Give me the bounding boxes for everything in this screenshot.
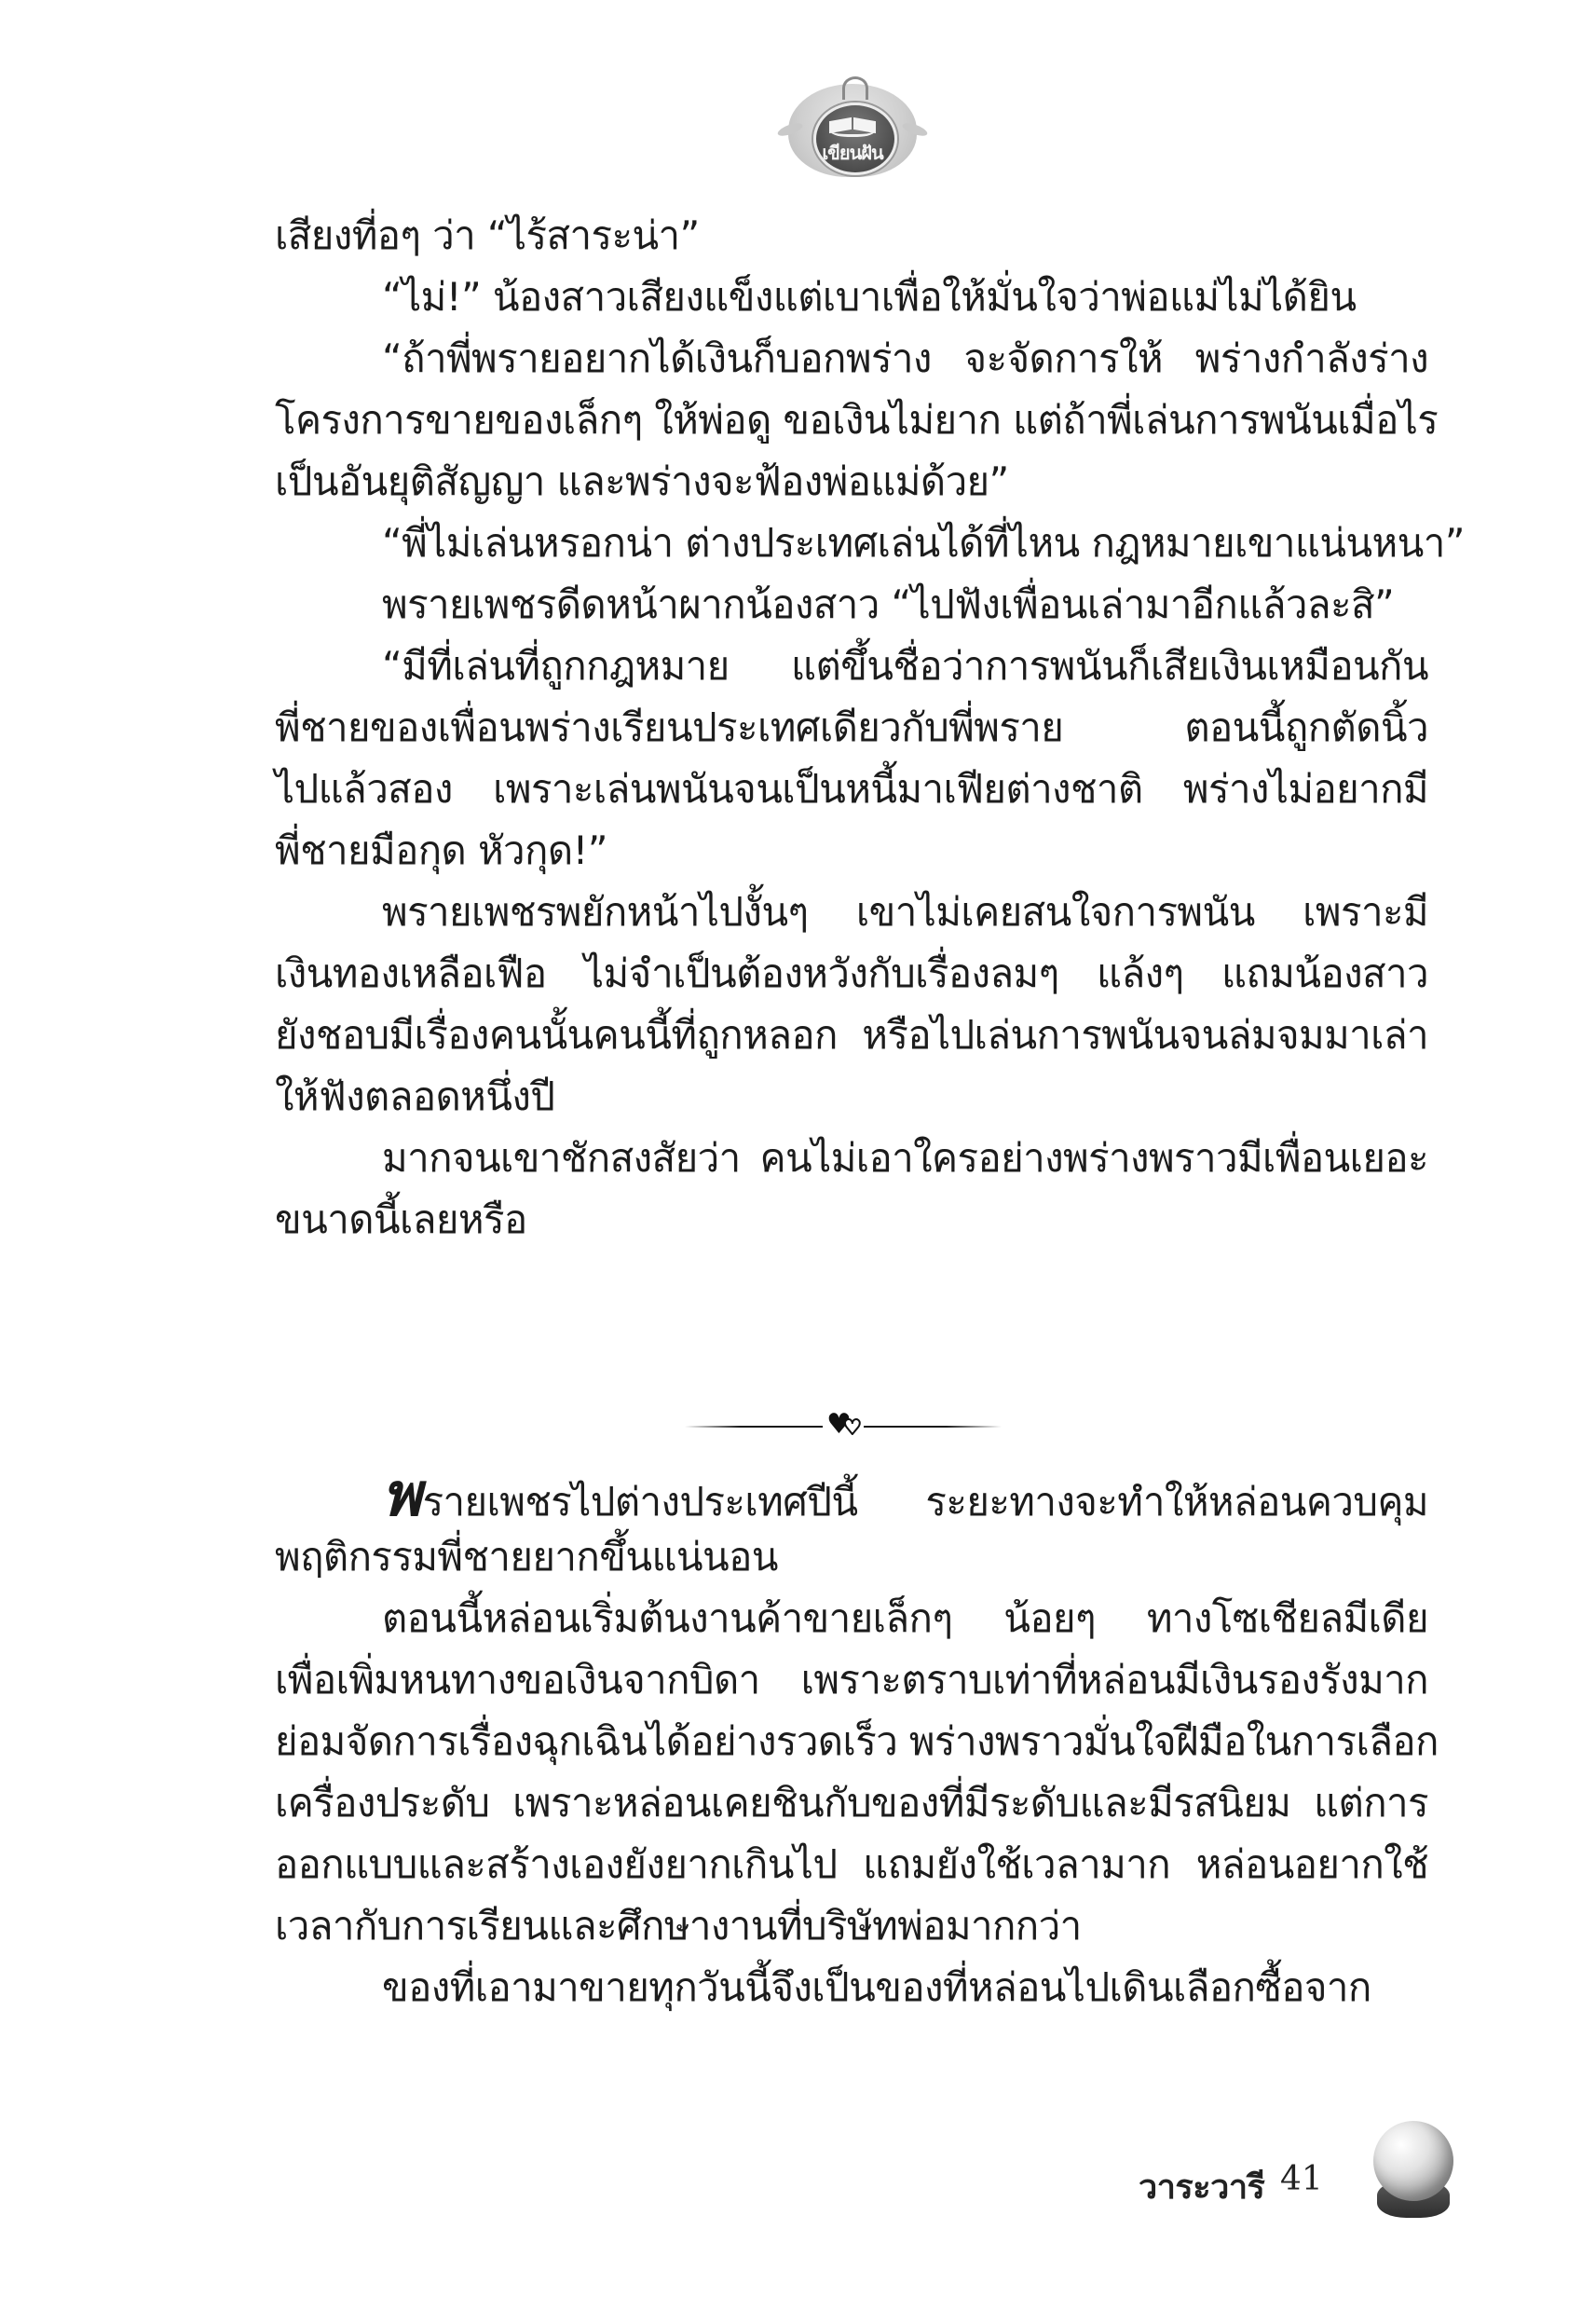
text-line: ขนาดนี้เลยหรือ [275, 1189, 1428, 1251]
text-line: มากจนเขาชักสงสัยว่า คนไม่เอาใครอย่างพร่า… [382, 1128, 1428, 1189]
crown-ornament-icon [842, 76, 868, 100]
section-divider: ♥ ♥ [685, 1416, 1002, 1437]
divider-rule-right [864, 1426, 1002, 1428]
open-book-icon [829, 119, 876, 137]
text-segment: รายเพชรไปต่างประเทศปีนี้ ระยะทางจะทำให้ห… [423, 1479, 1428, 1525]
text-line: พี่ชายมือกุด หัวกุด!” [275, 820, 1428, 882]
text-line: “พี่ไม่เล่นหรอกน่า ต่างประเทศเล่นได้ที่ไ… [382, 513, 1428, 574]
heart-outline-icon: ♥ [843, 1418, 862, 1439]
text-line: พรายเพชรดีดหน้าผากน้องสาว “ไปฟังเพื่อนเล… [382, 574, 1428, 636]
running-footer-title: วาระวารี [1139, 2160, 1264, 2213]
text-line: เสียงที่อๆ ว่า “ไร้สาระน่า” [275, 205, 1428, 267]
text-line: ของที่เอามาขายทุกวันนี้จึงเป็นของที่หล่อ… [382, 1957, 1428, 2018]
text-line: ตอนนี้หล่อนเริ่มต้นงานค้าขายเล็กๆ น้อยๆ … [382, 1588, 1428, 1649]
text-line: พฤติกรรมพี่ชายยากขึ้นแน่นอน [275, 1526, 1428, 1588]
text-line: เพื่อเพิ่มหนทางขอเงินจากบิดา เพราะตราบเท… [275, 1649, 1428, 1711]
text-line: ย่อมจัดการเรื่องฉุกเฉินได้อย่างรวดเร็ว พ… [275, 1711, 1428, 1772]
page-number: 41 [1280, 2160, 1323, 2198]
text-line: ยังชอบมีเรื่องคนนั้นคนนี้ที่ถูกหลอก หรือ… [275, 1005, 1428, 1066]
text-line: ให้ฟังตลอดหนึ่งปี [275, 1066, 1428, 1128]
text-line: พี่ชายของเพื่อนพร่างเรียนประเทศเดียวกับพ… [275, 697, 1428, 759]
drop-cap: พ [382, 1461, 421, 1530]
divider-rule-left [685, 1426, 823, 1428]
text-line-dropcap: พรายเพชรไปต่างประเทศปีนี้ ระยะทางจะทำให้… [382, 1465, 1428, 1526]
book-page: เขียนฝัน เสียงที่อๆ ว่า “ไร้สาระน่า” “ไม… [0, 0, 1596, 2311]
text-line: เป็นอันยุติสัญญา และพร่างจะฟ้องพ่อแม่ด้ว… [275, 451, 1428, 513]
crystal-ball-sphere [1373, 2121, 1453, 2201]
text-line: ออกแบบและสร้างเองยังยากเกินไป แถมยังใช้เ… [275, 1834, 1428, 1895]
text-line: โครงการขายของเล็กๆ ให้พ่อดู ขอเงินไม่ยาก… [275, 390, 1428, 451]
text-line: เวลากับการเรียนและศึกษางานที่บริษัทพ่อมา… [275, 1895, 1428, 1957]
text-line: ไปแล้วสอง เพราะเล่นพนันจนเป็นหนี้มาเฟียต… [275, 759, 1428, 820]
text-line: เงินทองเหลือเฟือ ไม่จำเป็นต้องหวังกับเรื… [275, 943, 1428, 1005]
crystal-ball-icon [1373, 2121, 1453, 2218]
logo-text: เขียนฝัน [814, 138, 891, 168]
text-line: พรายเพชรพยักหน้าไปงั้นๆ เขาไม่เคยสนใจการ… [382, 882, 1428, 943]
text-line: เครื่องประดับ เพราะหล่อนเคยชินกับของที่ม… [275, 1772, 1428, 1834]
text-line: “ไม่!” น้องสาวเสียงแข็งแต่เบาเพื่อให้มั่… [382, 267, 1428, 328]
publisher-logo: เขียนฝัน [783, 76, 922, 184]
text-line: “มีที่เล่นที่ถูกกฎหมาย แต่ขึ้นชื่อว่าการ… [382, 636, 1428, 697]
text-line: “ถ้าพี่พรายอยากได้เงินก็บอกพร่าง จะจัดกา… [382, 328, 1428, 390]
